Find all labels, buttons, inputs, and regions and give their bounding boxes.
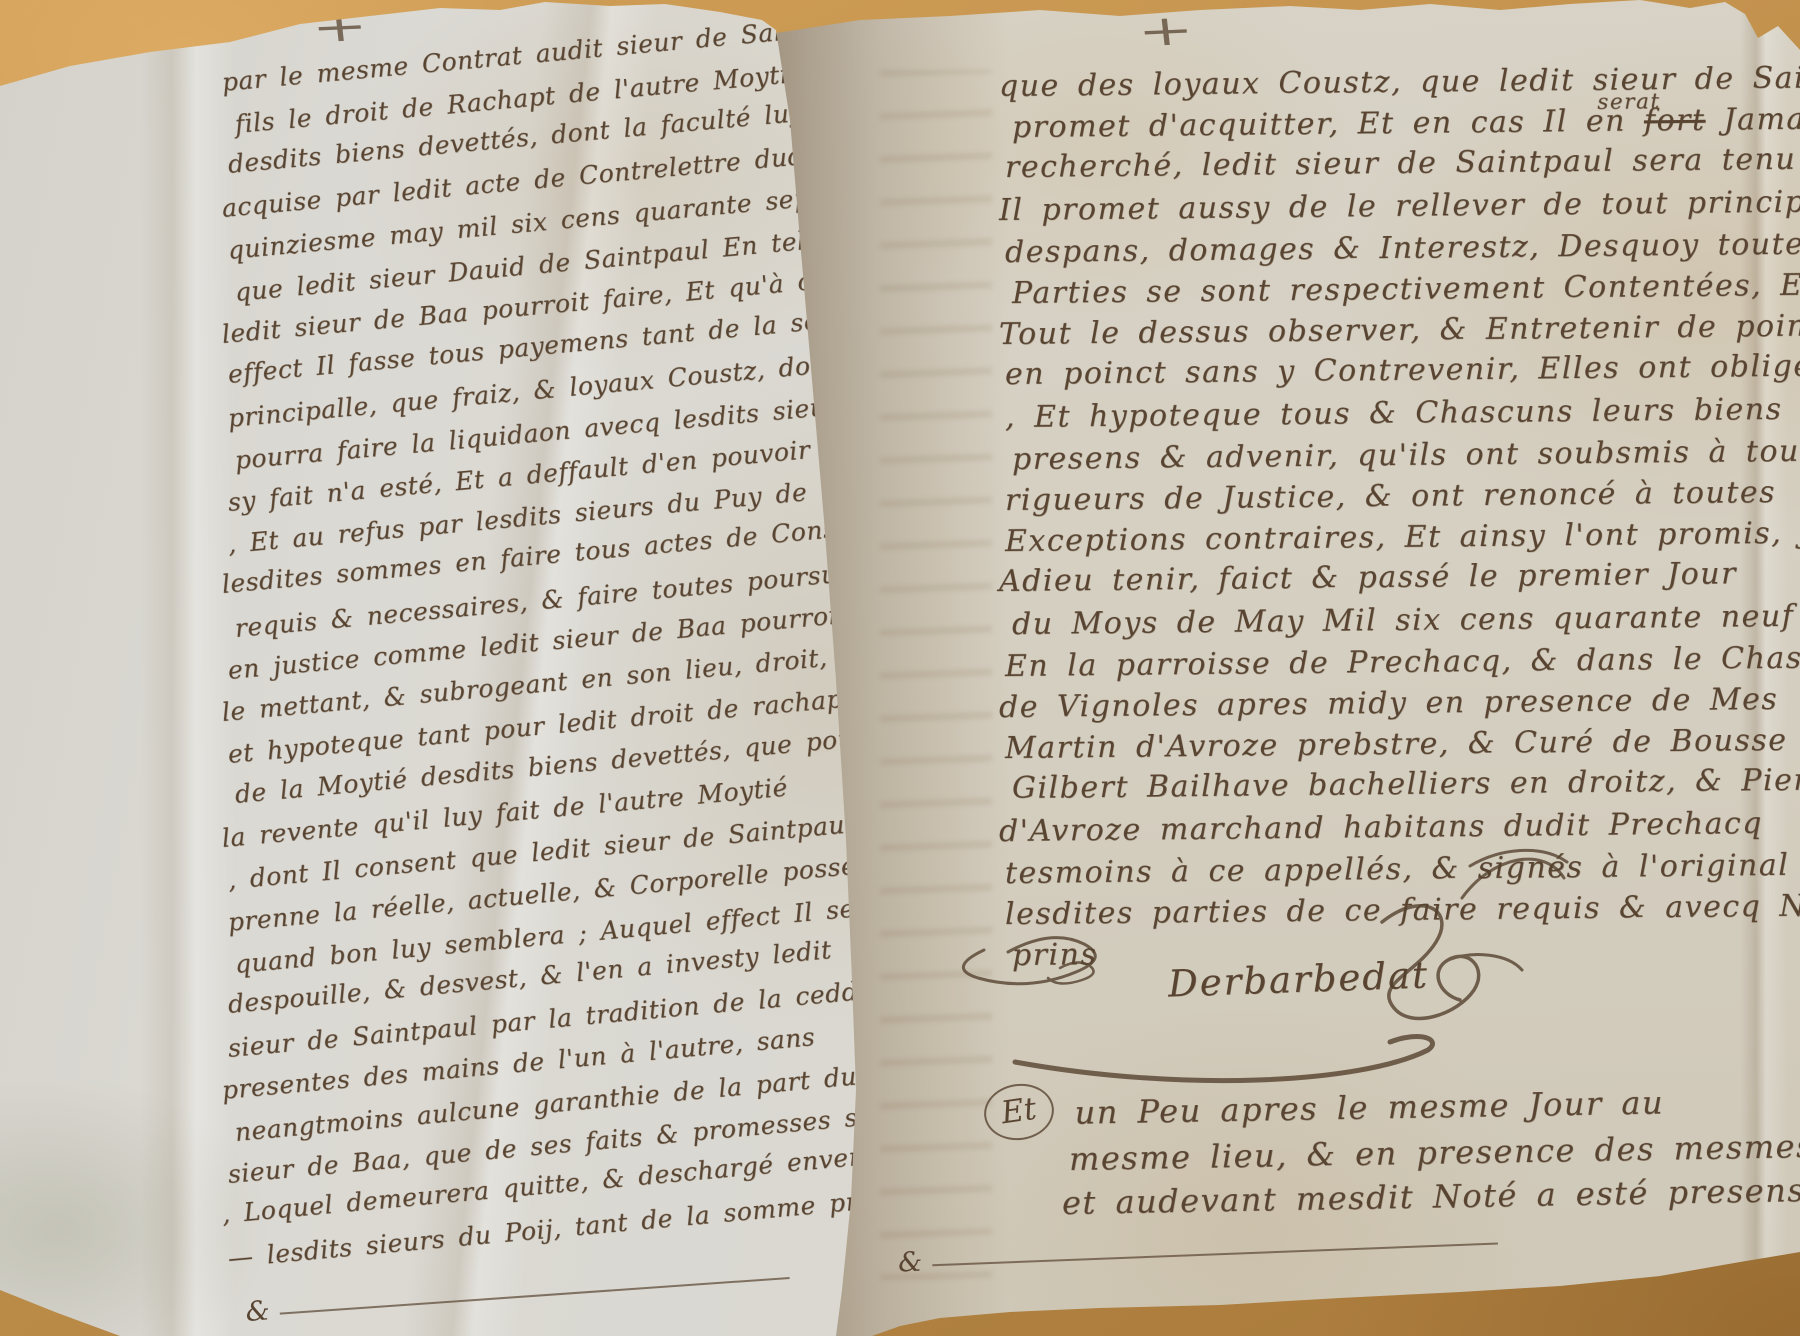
manuscript-line: Adieu tenir, faict & passé le premier Jo… bbox=[999, 557, 1737, 599]
manuscript-line: et audevant mesdit Noté a esté presens e… bbox=[1062, 1171, 1800, 1220]
notary-signature: Derbarbedat bbox=[1167, 953, 1429, 1005]
manuscript-line: Tout le dessus observer, & Entretenir de… bbox=[999, 310, 1800, 353]
manuscript-line: tesmoins à ce appellés, & signés à l'ori… bbox=[1005, 847, 1800, 890]
manuscript-photo: + que des loyaux Coustz, que ledit sieur… bbox=[0, 0, 1800, 1336]
manuscript-line: de Vignoles apres midy en presence de Me… bbox=[999, 683, 1779, 725]
manuscript-line: d'Avroze marchand habitans dudit Prechac… bbox=[999, 807, 1763, 849]
catchword-rule bbox=[280, 1276, 790, 1314]
manuscript-line: Parties se sont respectivement Contentée… bbox=[1012, 268, 1800, 311]
catchword-rule bbox=[932, 1242, 1498, 1266]
manuscript-line: un Peu apres le mesme Jour au bbox=[1056, 1085, 1665, 1130]
catchword-glyph: & bbox=[898, 1247, 923, 1279]
manuscript-line: promet d'acquitter, Et en cas Il en fort… bbox=[1012, 103, 1800, 146]
manuscript-line: Il promet aussy de le rellever de tout p… bbox=[999, 185, 1800, 228]
manuscript-line: Gilbert Bailhave bachelliers en droitz, … bbox=[1012, 763, 1800, 806]
manuscript-line: mesme lieu, & en presence des mesmes tes… bbox=[1069, 1126, 1800, 1176]
left-catchword: & bbox=[245, 1259, 791, 1328]
manuscript-line: En la parroisse de Prechacq, & dans le C… bbox=[1005, 640, 1800, 683]
manuscript-line: du Moys de May Mil six cens quarante neu… bbox=[1012, 600, 1795, 642]
postscript-decorated-initial: Et bbox=[980, 1079, 1057, 1144]
manuscript-line: , Et hypoteque tous & Chascuns leurs bie… bbox=[1005, 393, 1783, 435]
manuscript-line: que des loyaux Coustz, que ledit sieur d… bbox=[999, 60, 1800, 104]
manuscript-line: rigueurs de Justice, & ont renoncé à tou… bbox=[1005, 476, 1776, 518]
manuscript-line: en poinct sans y Contrevenir, Elles ont … bbox=[1005, 349, 1800, 391]
catchword-glyph: & bbox=[245, 1295, 271, 1328]
manuscript-line: presens & advenir, qu'ils ont soubsmis à… bbox=[1012, 434, 1800, 477]
manuscript-line: Martin d'Avroze prebstre, & Curé de Bous… bbox=[1005, 723, 1800, 767]
manuscript-line: Exceptions contraires, Et ainsy l'ont pr… bbox=[1005, 516, 1800, 559]
bleed-through-text bbox=[880, 70, 992, 1280]
manuscript-line: prins bbox=[1012, 938, 1098, 973]
manuscript-line: lesdites parties de ce faire requis & av… bbox=[1005, 889, 1800, 932]
manuscript-line: recherché, ledit sieur de Saintpaul sera… bbox=[1005, 141, 1800, 185]
manuscript-line: despans, domages & Interestz, Desquoy to… bbox=[1005, 227, 1800, 270]
